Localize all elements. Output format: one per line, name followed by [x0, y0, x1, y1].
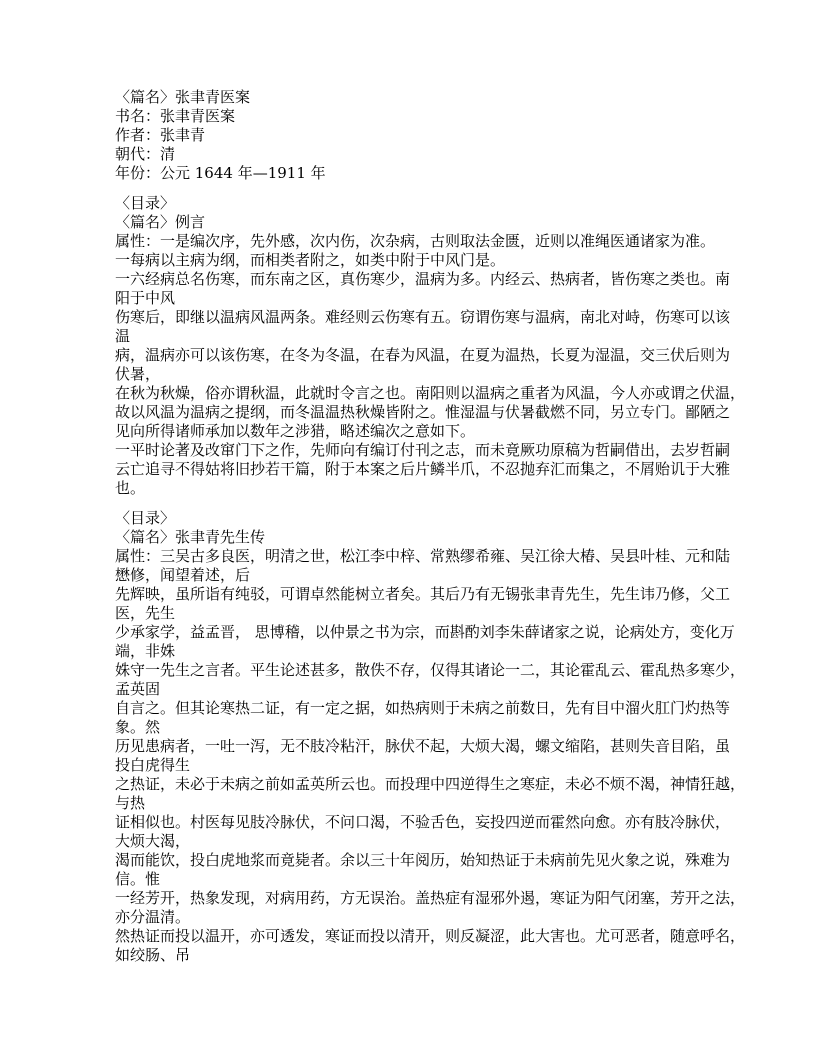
text-line: 云亡追寻不得姑将旧抄若干篇，附于本案之后片鳞半爪，不忍抛弃汇而集之，不屑贻讥于大…	[115, 460, 727, 479]
text-line: 姝守一先生之言者。平生论述甚多，散佚不存，仅得其诸论一二，其论霍乱云、霍乱热多寒…	[115, 661, 727, 680]
text-line: 历见患病者，一吐一泻，无不肢冷粘汗，脉伏不起，大烦大渴，螺文缩陷，甚则失音目陷，…	[115, 737, 727, 756]
text-line: 作者：张聿青	[115, 126, 727, 145]
text-line: 属性：一是编次序，先外感，次内伤，次杂病，古则取法金匮，近则以准绳医通诸家为准。	[115, 232, 727, 251]
text-line: 懋修，闻望着述，后	[115, 566, 727, 585]
text-line: 〈目录〉	[115, 509, 727, 528]
text-line: 端，非姝	[115, 642, 727, 661]
text-line: 大烦大渴，	[115, 832, 727, 851]
text-line: 属性：三吴古多良医，明清之世，松江李中梓、常熟缪希雍、吴江徐大椿、吴县叶桂、元和…	[115, 547, 727, 566]
text-line: 亦分温清。	[115, 908, 727, 927]
text-line: 也。	[115, 479, 727, 498]
text-line: 〈篇名〉张聿青先生传	[115, 528, 727, 547]
text-line: 故以风温为温病之提纲，而冬温温热秋燥皆附之。惟湿温与伏暑截燃不同，另立专门。鄙陋…	[115, 403, 727, 422]
text-line: 医，先生	[115, 604, 727, 623]
text-line: 渴而能饮，投白虎地浆而竟毙者。余以三十年阅历，始知热证于未病前先见火象之说，殊难…	[115, 851, 727, 870]
text-line: 〈篇名〉张聿青医案	[115, 88, 727, 107]
text-line: 一平时论著及改窜门下之作，先师向有编订付刊之志，而未竟厥功原稿为哲嗣借出，去岁哲…	[115, 441, 727, 460]
text-line: 一每病以主病为纲，而相类者附之，如类中附于中风门是。	[115, 251, 727, 270]
text-line: 象。然	[115, 718, 727, 737]
text-line: 少承家学，益孟晋， 思博稽，以仲景之书为宗，而斟酌刘李朱薛诸家之说，论病处方，变…	[115, 623, 727, 642]
paragraph-block-header-metadata: 〈篇名〉张聿青医案书名：张聿青医案作者：张聿青朝代：清年份：公元 1644 年—…	[115, 88, 727, 183]
text-line: 与热	[115, 794, 727, 813]
text-line: 证相似也。村医每见肢冷脉伏，不问口渴，不验舌色，妄投四逆而霍然向愈。亦有肢冷脉伏…	[115, 813, 727, 832]
text-line: 如绞肠、吊	[115, 946, 727, 965]
text-line: 先辉映，虽所诣有纯驳，可谓卓然能树立者矣。其后乃有无锡张聿青先生，先生讳乃修，父…	[115, 585, 727, 604]
text-line: 自言之。但其论寒热二证，有一定之据，如热病则于未病之前数日，先有目中溜火肛门灼热…	[115, 699, 727, 718]
text-line: 投白虎得生	[115, 756, 727, 775]
text-line: 温	[115, 327, 727, 346]
document-text-content: 〈篇名〉张聿青医案书名：张聿青医案作者：张聿青朝代：清年份：公元 1644 年—…	[115, 88, 727, 965]
text-line: 〈目录〉	[115, 194, 727, 213]
text-line: 书名：张聿青医案	[115, 107, 727, 126]
text-line: 朝代：清	[115, 145, 727, 164]
text-line: 年份：公元 1644 年—1911 年	[115, 164, 727, 183]
text-line: 孟英固	[115, 680, 727, 699]
text-line: 病，温病亦可以该伤寒，在冬为冬温，在春为风温，在夏为温热，长夏为湿温，交三伏后则…	[115, 346, 727, 365]
document-page: 〈篇名〉张聿青医案书名：张聿青医案作者：张聿青朝代：清年份：公元 1644 年—…	[0, 0, 816, 1056]
text-line: 伤寒后，即继以温病风温两条。难经则云伤寒有五。窃谓伤寒与温病，南北对峙，伤寒可以…	[115, 308, 727, 327]
text-line: 之热证，未必于未病之前如孟英所云也。而投理中四逆得生之寒症，未必不烦不渴，神情狂…	[115, 775, 727, 794]
text-line: 见向所得诸师承加以数年之涉猎，略述编次之意如下。	[115, 422, 727, 441]
paragraph-block-section-liyan: 〈目录〉〈篇名〉例言属性：一是编次序，先外感，次内伤，次杂病，古则取法金匮，近则…	[115, 194, 727, 498]
paragraph-block-section-xianshengzhuan: 〈目录〉〈篇名〉张聿青先生传属性：三吴古多良医，明清之世，松江李中梓、常熟缪希雍…	[115, 509, 727, 965]
text-line: 一经芳开，热象发现，对病用药，方无误治。盖热症有湿邪外遏，寒证为阳气闭塞，芳开之…	[115, 889, 727, 908]
text-line: 信。惟	[115, 870, 727, 889]
text-line: 伏暑，	[115, 365, 727, 384]
text-line: 一六经病总名伤寒，而东南之区，真伤寒少，温病为多。内经云、热病者，皆伤寒之类也。…	[115, 270, 727, 289]
text-line: 然热证而投以温开，亦可透发，寒证而投以清开，则反凝涩，此大害也。尤可恶者，随意呼…	[115, 927, 727, 946]
text-line: 阳于中风	[115, 289, 727, 308]
text-line: 〈篇名〉例言	[115, 213, 727, 232]
text-line: 在秋为秋燥，俗亦谓秋温，此就时令言之也。南阳则以温病之重者为风温，今人亦或谓之伏…	[115, 384, 727, 403]
